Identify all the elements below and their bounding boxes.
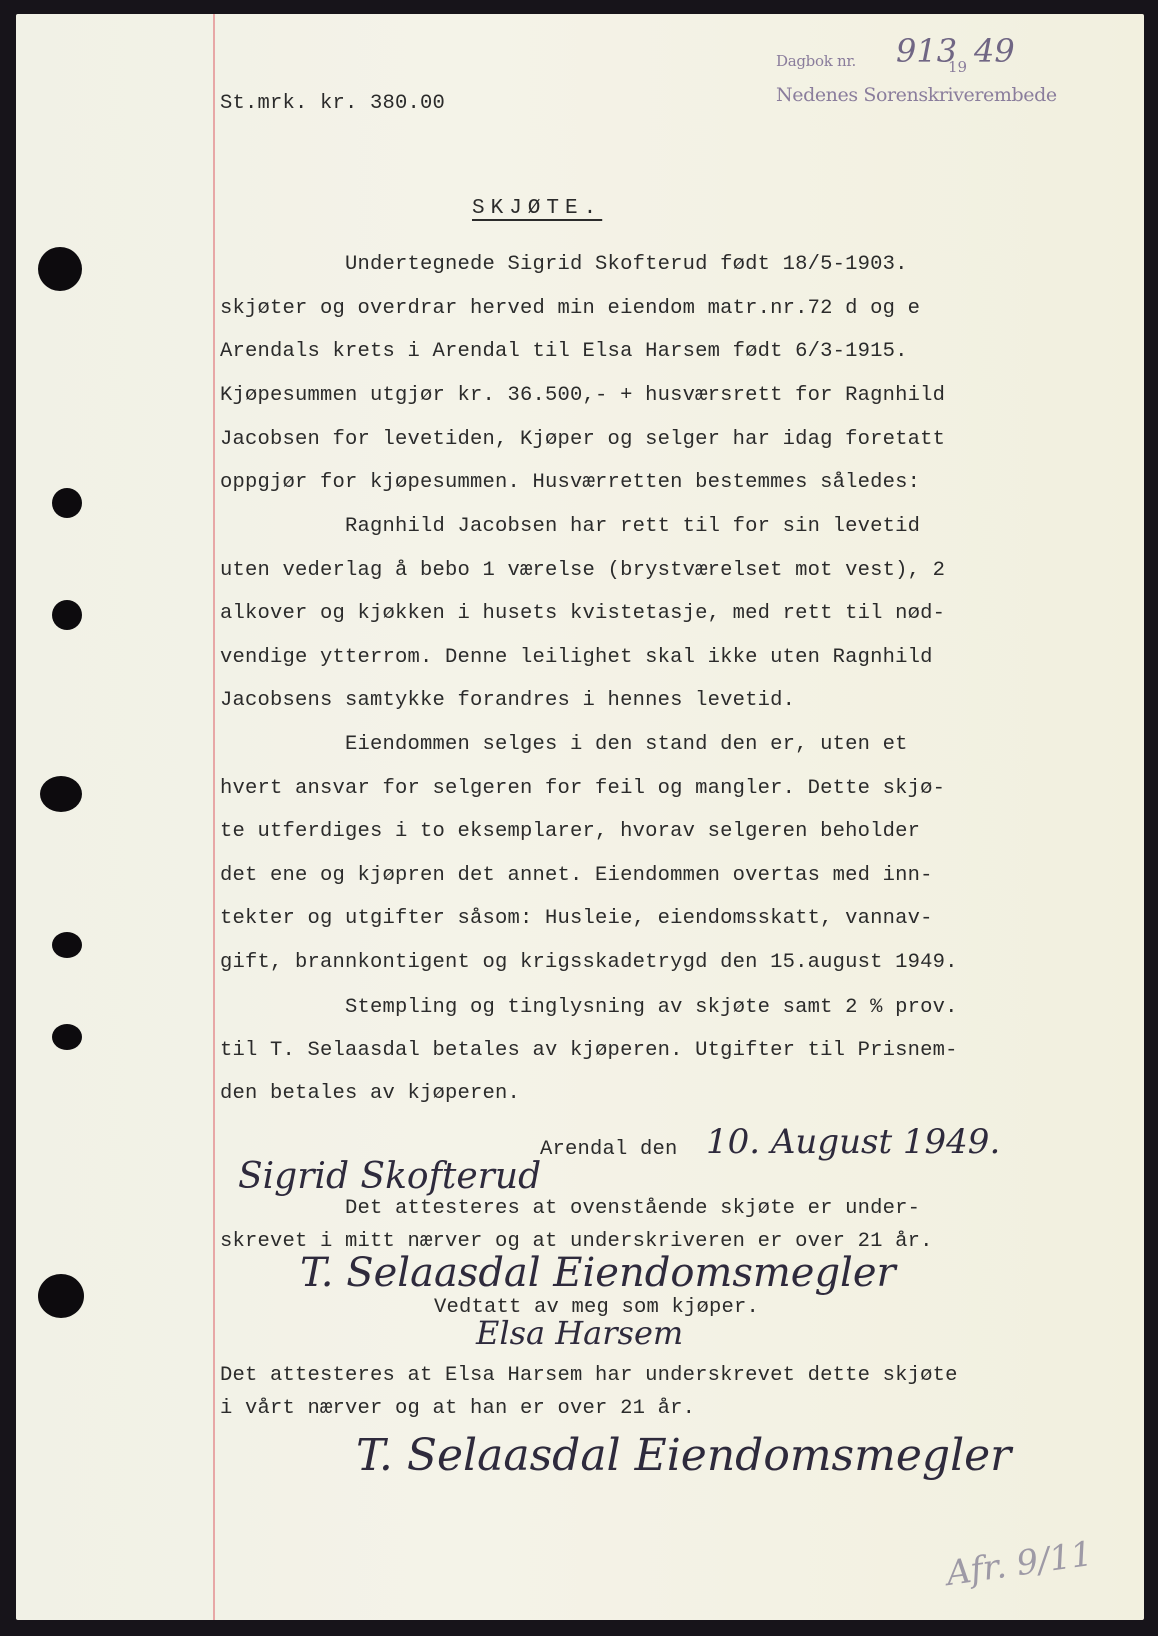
attestation-line: i vårt nærver og at han er over 21 år.: [220, 1397, 695, 1420]
punch-hole: [52, 932, 82, 958]
body-line: vendige ytterrom. Denne leilighet skal i…: [220, 646, 933, 669]
punch-hole: [38, 1274, 84, 1318]
body-line: uten vederlag å bebo 1 værelse (brystvær…: [220, 559, 945, 582]
office-stamp: Nedenes Sorenskriverembede: [776, 84, 1057, 106]
year-prefix: 19: [948, 58, 967, 76]
body-line: Arendals krets i Arendal til Elsa Harsem…: [220, 340, 908, 363]
body-line: Undertegnede Sigrid Skofterud født 18/5-…: [220, 253, 908, 276]
margin-rule: [213, 14, 215, 1620]
punch-hole: [52, 488, 82, 518]
body-line: tekter og utgifter såsom: Husleie, eiend…: [220, 907, 933, 930]
body-line: te utferdiges i to eksemplarer, hvorav s…: [220, 820, 920, 843]
document-title: SKJØTE.: [472, 197, 602, 220]
body-line: Jacobsen for levetiden, Kjøper og selger…: [220, 428, 945, 451]
dagbok-label: Dagbok nr.: [776, 52, 856, 70]
body-line: Eiendommen selges i den stand den er, ut…: [220, 733, 908, 756]
punch-hole: [52, 600, 82, 630]
date-handwritten: 10. August 1949.: [706, 1122, 1000, 1162]
body-line: Stempling og tinglysning av skjøte samt …: [220, 996, 958, 1019]
witness-signature: T. Selaasdal Eiendomsmegler: [300, 1250, 896, 1296]
buyer-signature: Elsa Harsem: [476, 1314, 683, 1352]
body-line: alkover og kjøkken i husets kvistetasje,…: [220, 602, 945, 625]
body-line: oppgjør for kjøpesummen. Husværretten be…: [220, 471, 920, 494]
place-date-typed: Arendal den: [540, 1138, 678, 1161]
body-line: hvert ansvar for selgeren for feil og ma…: [220, 777, 945, 800]
punch-hole: [52, 1024, 82, 1050]
body-line: den betales av kjøperen.: [220, 1082, 520, 1105]
body-line: skjøter og overdrar herved min eiendom m…: [220, 297, 920, 320]
stamp-duty: St.mrk. kr. 380.00: [220, 92, 445, 115]
body-line: gift, brannkontigent og krigsskadetrygd …: [220, 951, 958, 974]
body-line: til T. Selaasdal betales av kjøperen. Ut…: [220, 1039, 958, 1062]
punch-hole: [40, 776, 82, 812]
seller-signature: Sigrid Skofterud: [238, 1156, 541, 1197]
punch-hole: [38, 247, 82, 291]
document-page: Dagbok nr. 913 19 49 Nedenes Sorenskrive…: [16, 14, 1144, 1620]
attestation-line: Det attesteres at Elsa Harsem har unders…: [220, 1364, 958, 1387]
body-line: Ragnhild Jacobsen har rett til for sin l…: [220, 515, 920, 538]
attestation-line: Det attesteres at ovenstående skjøte er …: [220, 1197, 920, 1220]
year-suffix: 49: [974, 32, 1015, 70]
body-line: det ene og kjøpren det annet. Eiendommen…: [220, 864, 933, 887]
body-line: Jacobsens samtykke forandres i hennes le…: [220, 689, 795, 712]
pencil-annotation: Afr. 9/11: [944, 1534, 1095, 1594]
body-line: Kjøpesummen utgjør kr. 36.500,- + husvær…: [220, 384, 945, 407]
witness-signature: T. Selaasdal Eiendomsmegler: [356, 1430, 1011, 1481]
